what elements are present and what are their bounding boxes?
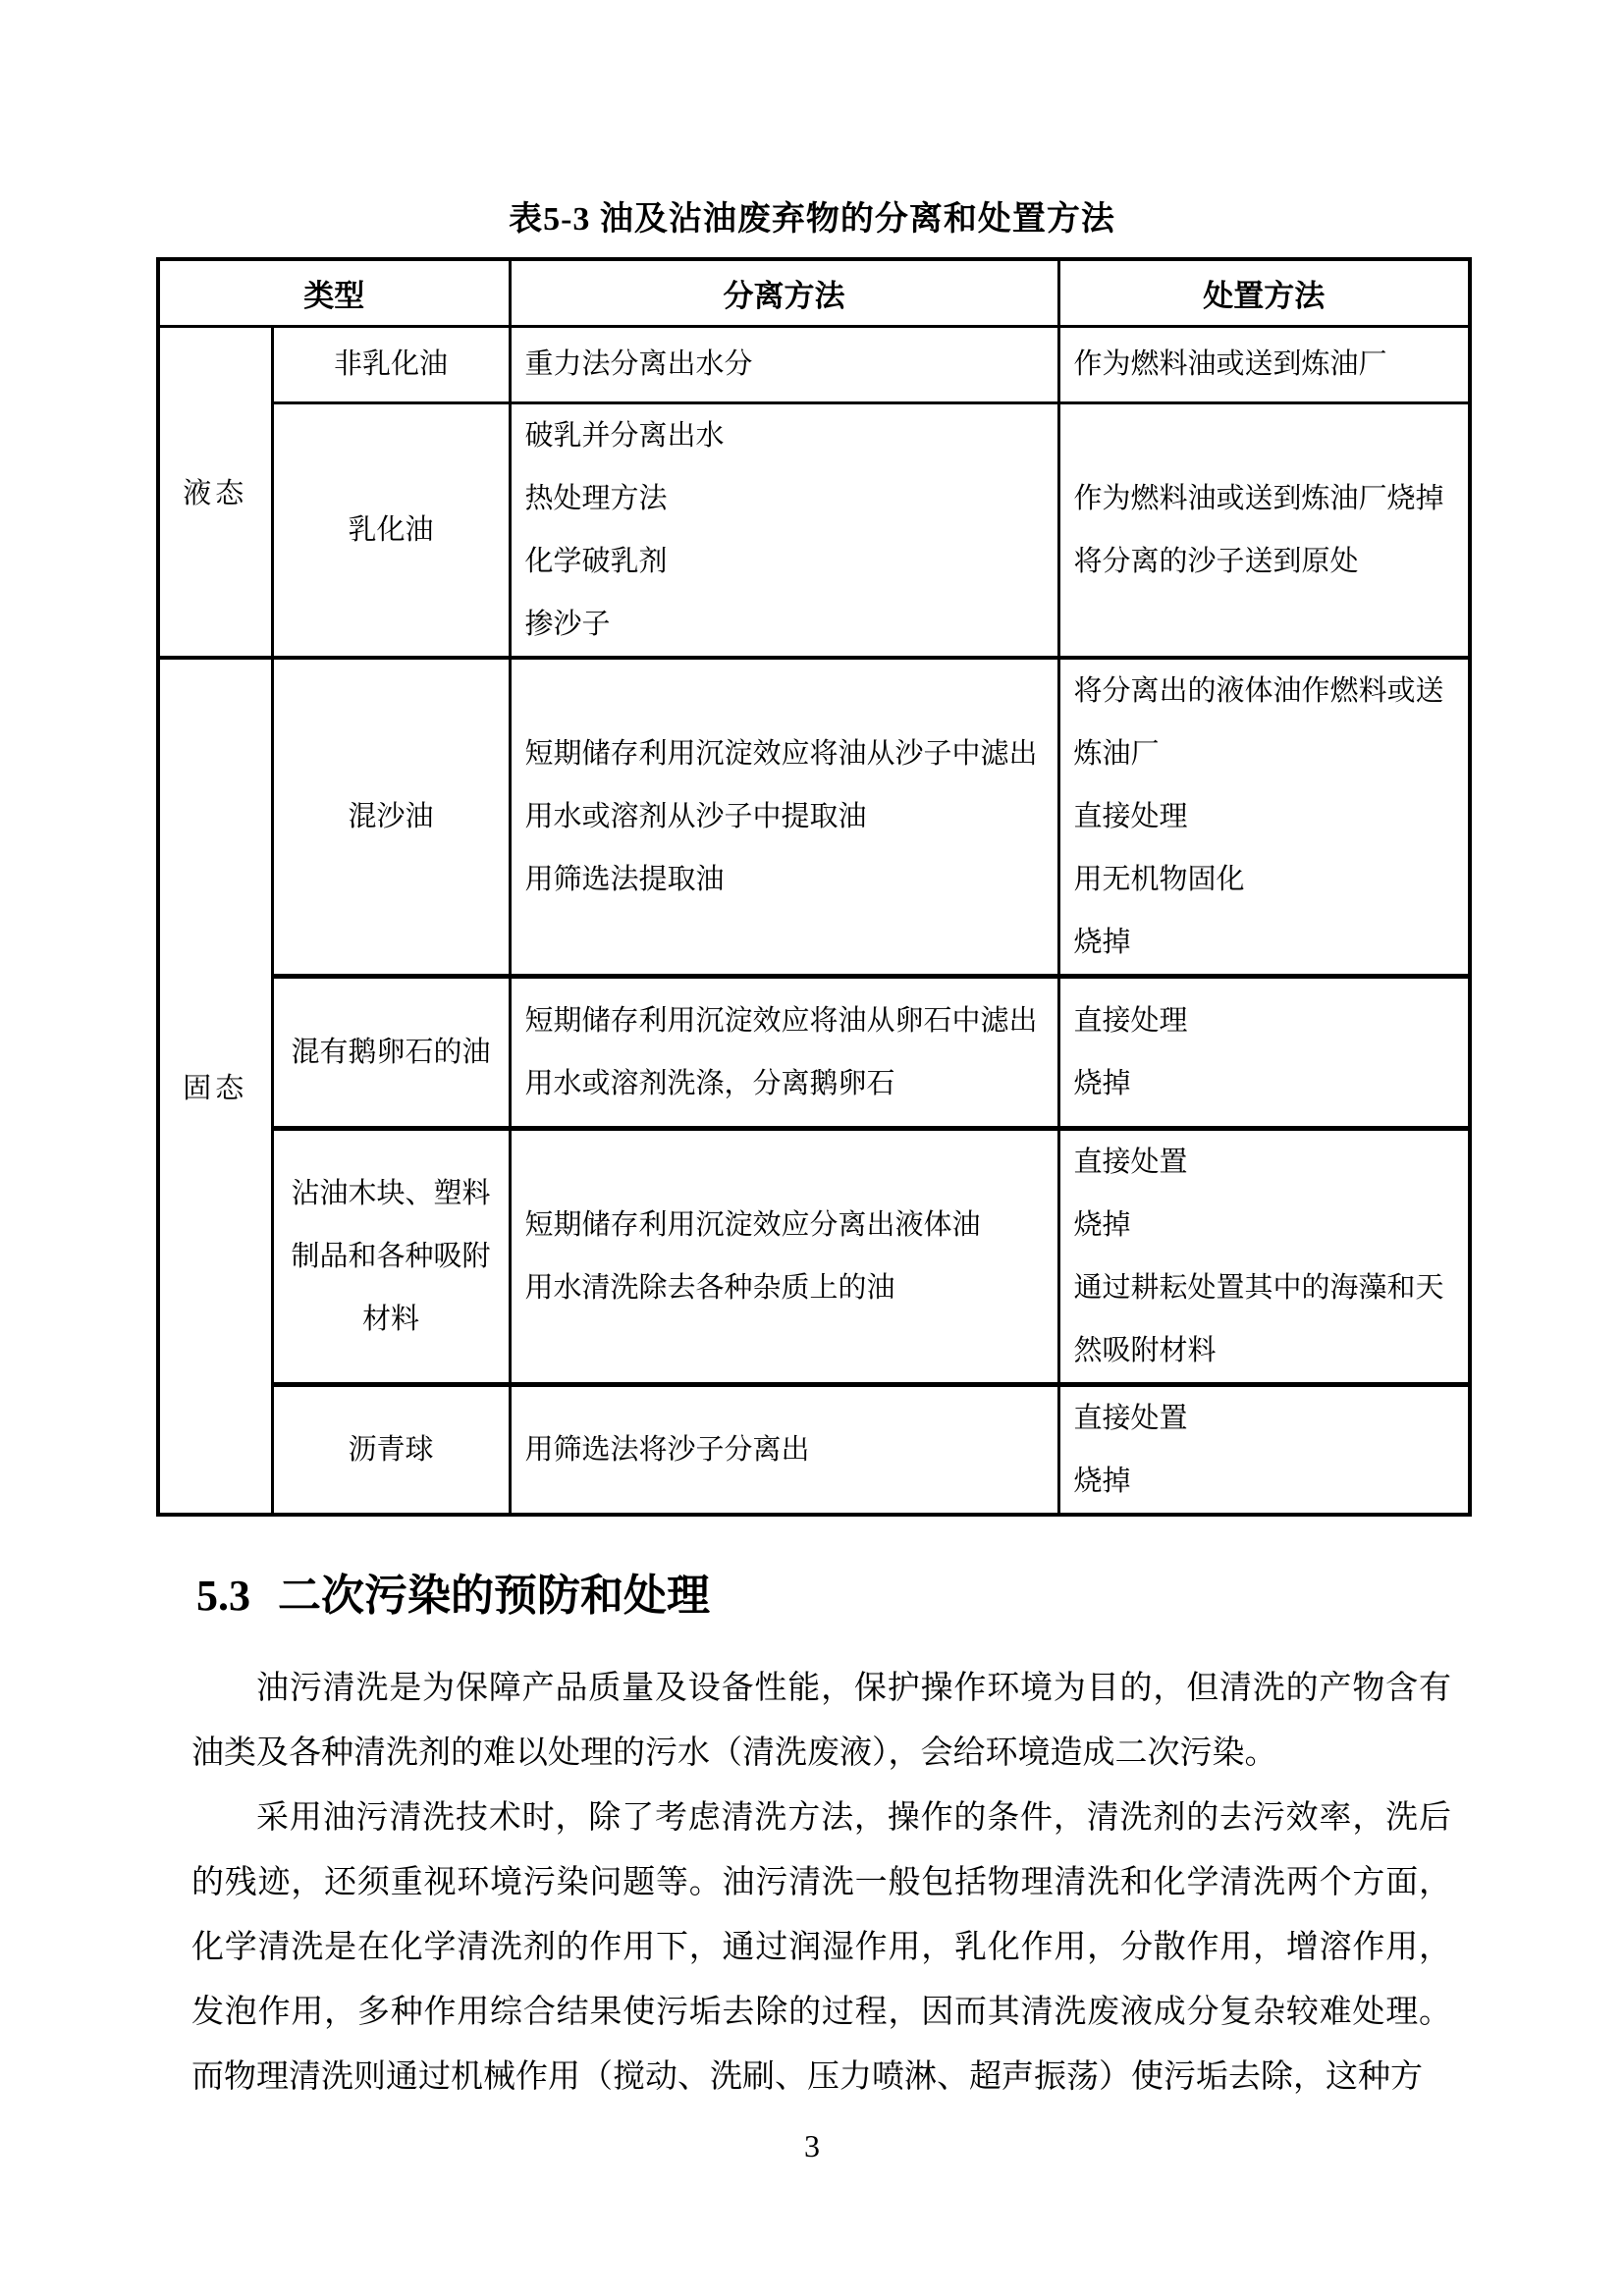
disposal-method-line: 作为燃料油或送到炼油厂烧掉 bbox=[1074, 467, 1455, 530]
separation-method-cell: 短期储存利用沉淀效应将油从沙子中滤出用水或溶剂从沙子中提取油用筛选法提取油 bbox=[510, 658, 1058, 977]
separation-method-line: 短期储存利用沉淀效应分离出液体油 bbox=[525, 1194, 1044, 1256]
separation-method-cell: 用筛选法将沙子分离出 bbox=[510, 1384, 1058, 1515]
disposal-method-cell: 作为燃料油或送到炼油厂 bbox=[1058, 326, 1470, 402]
disposal-method-cell: 直接处置烧掉通过耕耘处置其中的海藻和天然吸附材料 bbox=[1058, 1128, 1470, 1384]
table-row: 固态混沙油短期储存利用沉淀效应将油从沙子中滤出用水或溶剂从沙子中提取油用筛选法提… bbox=[158, 658, 1470, 977]
disposal-method-line: 作为燃料油或送到炼油厂 bbox=[1074, 333, 1455, 396]
waste-type-cell: 沥青球 bbox=[272, 1384, 510, 1515]
waste-type-cell: 沾油木块、塑料制品和各种吸附材料 bbox=[272, 1128, 510, 1384]
section-title: 二次污染的预防和处理 bbox=[278, 1572, 710, 1620]
waste-type-cell: 乳化油 bbox=[272, 402, 510, 658]
disposal-method-line: 烧掉 bbox=[1074, 1194, 1455, 1256]
table-row: 液态非乳化油重力法分离出水分作为燃料油或送到炼油厂 bbox=[158, 326, 1470, 402]
table-row: 混有鹅卵石的油短期储存利用沉淀效应将油从卵石中滤出用水或溶剂洗涤，分离鹅卵石直接… bbox=[158, 976, 1470, 1128]
table-header-row: 类型 分离方法 处置方法 bbox=[158, 259, 1470, 326]
waste-type-line: 混沙油 bbox=[282, 785, 501, 848]
body-paragraph: 采用油污清洗技术时，除了考虑清洗方法，操作的条件，清洗剂的去污效率，洗后的残迹，… bbox=[191, 1786, 1451, 2109]
waste-disposal-table: 类型 分离方法 处置方法 液态非乳化油重力法分离出水分作为燃料油或送到炼油厂乳化… bbox=[156, 257, 1472, 1517]
separation-method-cell: 短期储存利用沉淀效应分离出液体油用水清洗除去各种杂质上的油 bbox=[510, 1128, 1058, 1384]
section-heading: 5.3二次污染的预防和处理 bbox=[196, 1568, 1624, 1625]
separation-method-line: 短期储存利用沉淀效应将油从沙子中滤出 bbox=[525, 722, 1044, 785]
waste-type-cell: 混有鹅卵石的油 bbox=[272, 976, 510, 1128]
disposal-method-line: 将分离出的液体油作燃料或送炼油厂 bbox=[1074, 660, 1455, 785]
disposal-method-cell: 作为燃料油或送到炼油厂烧掉将分离的沙子送到原处 bbox=[1058, 402, 1470, 658]
table-title: 表5-3 油及沾油废弃物的分离和处置方法 bbox=[0, 0, 1624, 243]
waste-type-line: 沥青球 bbox=[282, 1418, 501, 1481]
waste-type-cell: 非乳化油 bbox=[272, 326, 510, 402]
table-row: 乳化油破乳并分离出水热处理方法化学破乳剂掺沙子作为燃料油或送到炼油厂烧掉将分离的… bbox=[158, 402, 1470, 658]
separation-method-line: 重力法分离出水分 bbox=[525, 333, 1044, 396]
separation-method-cell: 短期储存利用沉淀效应将油从卵石中滤出用水或溶剂洗涤，分离鹅卵石 bbox=[510, 976, 1058, 1128]
separation-method-line: 化学破乳剂 bbox=[525, 530, 1044, 593]
disposal-method-cell: 将分离出的液体油作燃料或送炼油厂直接处理用无机物固化烧掉 bbox=[1058, 658, 1470, 977]
col-header-separation: 分离方法 bbox=[510, 259, 1058, 326]
disposal-method-line: 将分离的沙子送到原处 bbox=[1074, 530, 1455, 593]
body-text: 油污清洗是为保障产品质量及设备性能，保护操作环境为目的，但清洗的产物含有油类及各… bbox=[191, 1656, 1451, 2109]
disposal-method-line: 烧掉 bbox=[1074, 1450, 1455, 1513]
waste-type-line: 非乳化油 bbox=[282, 333, 501, 396]
separation-method-line: 破乳并分离出水 bbox=[525, 404, 1044, 467]
waste-type-line: 乳化油 bbox=[282, 499, 501, 561]
disposal-method-line: 烧掉 bbox=[1074, 911, 1455, 974]
waste-type-line: 沾油木块、塑料制品和各种吸附材料 bbox=[282, 1162, 501, 1351]
disposal-method-cell: 直接处置烧掉 bbox=[1058, 1384, 1470, 1515]
col-header-type: 类型 bbox=[158, 259, 510, 326]
separation-method-line: 热处理方法 bbox=[525, 467, 1044, 530]
separation-method-line: 短期储存利用沉淀效应将油从卵石中滤出 bbox=[525, 989, 1044, 1052]
disposal-method-line: 通过耕耘处置其中的海藻和天然吸附材料 bbox=[1074, 1256, 1455, 1382]
separation-method-line: 用水或溶剂从沙子中提取油 bbox=[525, 785, 1044, 848]
disposal-method-cell: 直接处理烧掉 bbox=[1058, 976, 1470, 1128]
table-body: 类型 分离方法 处置方法 液态非乳化油重力法分离出水分作为燃料油或送到炼油厂乳化… bbox=[158, 259, 1470, 1515]
col-header-disposal: 处置方法 bbox=[1058, 259, 1470, 326]
disposal-method-line: 直接处理 bbox=[1074, 989, 1455, 1052]
separation-method-line: 用筛选法提取油 bbox=[525, 848, 1044, 911]
waste-type-line: 混有鹅卵石的油 bbox=[282, 1021, 501, 1084]
disposal-method-line: 直接处置 bbox=[1074, 1387, 1455, 1450]
separation-method-cell: 重力法分离出水分 bbox=[510, 326, 1058, 402]
state-cell: 液态 bbox=[158, 326, 272, 658]
disposal-method-line: 直接处理 bbox=[1074, 785, 1455, 848]
table-row: 沾油木块、塑料制品和各种吸附材料短期储存利用沉淀效应分离出液体油用水清洗除去各种… bbox=[158, 1128, 1470, 1384]
separation-method-line: 掺沙子 bbox=[525, 593, 1044, 656]
separation-method-cell: 破乳并分离出水热处理方法化学破乳剂掺沙子 bbox=[510, 402, 1058, 658]
page-number: 3 bbox=[0, 2128, 1624, 2164]
separation-method-line: 用筛选法将沙子分离出 bbox=[525, 1418, 1044, 1481]
separation-method-line: 用水或溶剂洗涤，分离鹅卵石 bbox=[525, 1052, 1044, 1115]
body-paragraph: 油污清洗是为保障产品质量及设备性能，保护操作环境为目的，但清洗的产物含有油类及各… bbox=[191, 1656, 1451, 1786]
disposal-method-line: 直接处置 bbox=[1074, 1131, 1455, 1194]
document-page: 表5-3 油及沾油废弃物的分离和处置方法 类型 分离方法 处置方法 液态非乳化油… bbox=[0, 0, 1624, 2296]
state-cell: 固态 bbox=[158, 658, 272, 1515]
table-row: 沥青球用筛选法将沙子分离出直接处置烧掉 bbox=[158, 1384, 1470, 1515]
disposal-method-line: 烧掉 bbox=[1074, 1052, 1455, 1115]
disposal-method-line: 用无机物固化 bbox=[1074, 848, 1455, 911]
separation-method-line: 用水清洗除去各种杂质上的油 bbox=[525, 1256, 1044, 1319]
section-number: 5.3 bbox=[196, 1572, 250, 1620]
waste-type-cell: 混沙油 bbox=[272, 658, 510, 977]
